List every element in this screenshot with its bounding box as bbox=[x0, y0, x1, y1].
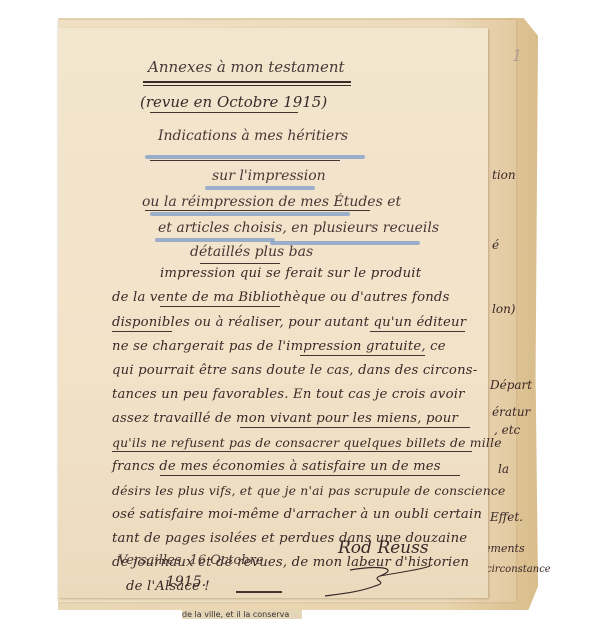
body-line: ne se chargerait pas de l'impression gra… bbox=[112, 339, 446, 354]
ink-underline bbox=[300, 355, 425, 356]
margin-fragment: é bbox=[492, 238, 499, 252]
heading-line: sur l'impression bbox=[212, 168, 326, 184]
place-date: Versailles, 16 Octobre bbox=[118, 553, 264, 568]
ink-underline bbox=[160, 475, 460, 476]
ink-underline bbox=[370, 331, 465, 332]
ink-underline bbox=[200, 263, 280, 264]
ink-underline bbox=[160, 306, 280, 307]
title-underline bbox=[143, 81, 351, 83]
body-line: impression qui se ferait sur le produit bbox=[160, 266, 421, 281]
body-line: osé satisfaire moi-même d'arracher à un … bbox=[112, 507, 482, 522]
ink-underline bbox=[112, 451, 472, 452]
ink-underline bbox=[145, 210, 370, 211]
printed-text-strip: de la ville, et il la conserva pendant bbox=[182, 610, 302, 619]
body-line: disponibles ou à réaliser, pour autant q… bbox=[112, 315, 466, 330]
heading-line: Indications à mes héritiers bbox=[158, 128, 348, 144]
body-line: qui pourrait être sans doute le cas, dan… bbox=[112, 363, 477, 378]
ink-underline bbox=[112, 331, 172, 332]
margin-fragment: Effet. bbox=[490, 510, 523, 524]
heading-line: détaillés plus bas bbox=[190, 244, 313, 260]
body-line: assez travaillé de mon vivant pour les m… bbox=[112, 411, 458, 426]
signature-flourish-icon bbox=[320, 560, 440, 600]
blue-pencil-underline bbox=[155, 238, 275, 242]
margin-fragment: lon) bbox=[492, 302, 515, 316]
margin-fragment: Départ bbox=[490, 378, 532, 392]
document-subtitle: (revue en Octobre 1915) bbox=[140, 93, 327, 111]
margin-fragment: tion bbox=[492, 168, 516, 182]
year: 1915. bbox=[166, 574, 206, 590]
subtitle-underline bbox=[150, 112, 298, 113]
margin-fragment: la bbox=[498, 462, 509, 476]
signature: Rod Reuss bbox=[338, 538, 429, 558]
body-line: francs de mes économies à satisfaire un … bbox=[112, 459, 441, 474]
blue-pencil-underline bbox=[150, 212, 350, 216]
title-underline bbox=[143, 85, 351, 86]
margin-fragment: ements bbox=[484, 542, 525, 555]
body-line: qu'ils ne refusent pas de consacrer quel… bbox=[112, 435, 502, 450]
heading-line: ou la réimpression de mes Études et bbox=[142, 194, 401, 210]
ink-underline bbox=[240, 427, 470, 428]
blue-pencil-underline bbox=[205, 186, 315, 190]
ink-underline bbox=[150, 160, 340, 161]
heading-line: et articles choisis, en plusieurs recuei… bbox=[158, 220, 439, 236]
blue-pencil-underline bbox=[145, 155, 365, 159]
closing-dash bbox=[236, 591, 282, 593]
body-line: tances un peu favorables. En tout cas je… bbox=[112, 387, 465, 402]
body-line: désirs les plus vifs, et que je n'ai pas… bbox=[112, 483, 506, 498]
margin-fragment: circonstance bbox=[486, 564, 551, 575]
body-line: de la vente de ma Bibliothèque ou d'autr… bbox=[112, 290, 450, 305]
document-title: Annexes à mon testament bbox=[148, 58, 345, 76]
margin-fragment: ératur bbox=[492, 405, 530, 419]
page-number: 1 bbox=[512, 46, 522, 65]
